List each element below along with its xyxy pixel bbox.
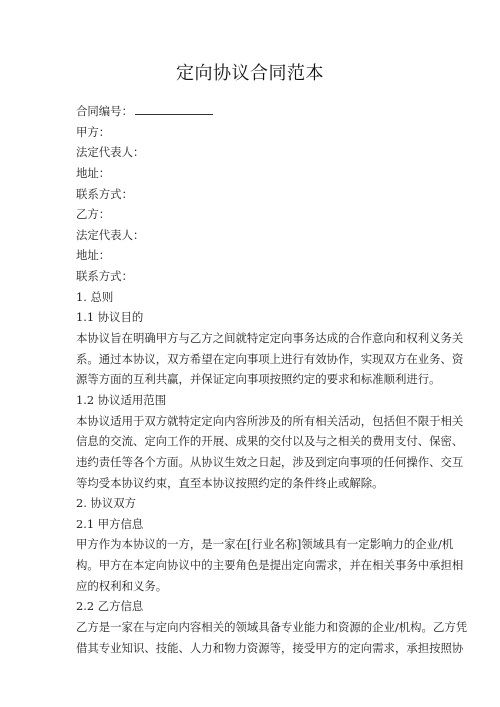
paragraph-line: 借其专业知识、技能、人力和物力资源等，接受甲方的定向需求，承担按照协 (76, 638, 426, 659)
paragraph-line: 源等方面的互利共赢，并保证定向事项按照约定的要求和标准顺利进行。 (76, 369, 426, 390)
field-label: 合同编号： (76, 104, 133, 118)
paragraph-line: 本协议适用于双方就特定定向内容所涉及的所有相关活动，包括但不限于相关 (76, 411, 426, 432)
paragraph-line: 等均受本协议约束，直至本协议按照约定的条件终止或解除。 (76, 473, 426, 494)
field-label: 乙方： (76, 207, 110, 221)
party-b-contact-field: 联系方式： (76, 266, 426, 287)
subsection-heading-1-1: 1.1 协议目的 (76, 307, 426, 328)
paragraph-line: 违约责任等各个方面。从协议生效之日起，涉及到定向事项的任何操作、交互 (76, 452, 426, 473)
field-label: 法定代表人： (76, 145, 144, 159)
party-a-legal-rep-field: 法定代表人： (76, 142, 426, 163)
subsection-heading-2-1: 2.1 甲方信息 (76, 514, 426, 535)
subsection-heading-1-2: 1.2 协议适用范围 (76, 390, 426, 411)
paragraph-line: 本协议旨在明确甲方与乙方之间就特定定向事务达成的合作意向和权利义务关 (76, 328, 426, 349)
paragraph-line: 应的权利和义务。 (76, 576, 426, 597)
field-label: 地址： (76, 166, 110, 180)
field-label: 联系方式： (76, 269, 133, 283)
paragraph-line: 乙方是一家在与定向内容相关的领域具备专业能力和资源的企业/机构。乙方凭 (76, 617, 426, 638)
paragraph-line: 构。甲方在本定向协议中的主要角色是提出定向需求，并在相关事务中承担相 (76, 555, 426, 576)
party-a-address-field: 地址： (76, 163, 426, 184)
party-a-contact-field: 联系方式： (76, 184, 426, 205)
party-a-field: 甲方： (76, 122, 426, 143)
field-label: 联系方式： (76, 187, 133, 201)
field-label: 甲方： (76, 125, 110, 139)
paragraph-line: 信息的交流、定向工作的开展、成果的交付以及与之相关的费用支付、保密、 (76, 431, 426, 452)
subsection-heading-2-2: 2.2 乙方信息 (76, 596, 426, 617)
field-label: 法定代表人： (76, 228, 144, 242)
contract-number-blank[interactable] (135, 102, 213, 115)
document-body: 合同编号： 甲方： 法定代表人： 地址： 联系方式： 乙方： 法定代表人： 地址… (76, 101, 426, 658)
party-b-field: 乙方： (76, 204, 426, 225)
document-page: 定向协议合同范本 合同编号： 甲方： 法定代表人： 地址： 联系方式： 乙方： … (0, 0, 500, 707)
contract-number-field: 合同编号： (76, 101, 426, 122)
section-heading-2: 2. 协议双方 (76, 493, 426, 514)
party-b-address-field: 地址： (76, 245, 426, 266)
field-label: 地址： (76, 248, 110, 262)
paragraph-line: 系。通过本协议，双方希望在定向事项上进行有效协作，实现双方在业务、资 (76, 349, 426, 370)
party-b-legal-rep-field: 法定代表人： (76, 225, 426, 246)
section-heading-1: 1. 总则 (76, 287, 426, 308)
document-title: 定向协议合同范本 (0, 60, 500, 88)
paragraph-line: 甲方作为本协议的一方，是一家在[行业名称]领域具有一定影响力的企业/机 (76, 534, 426, 555)
